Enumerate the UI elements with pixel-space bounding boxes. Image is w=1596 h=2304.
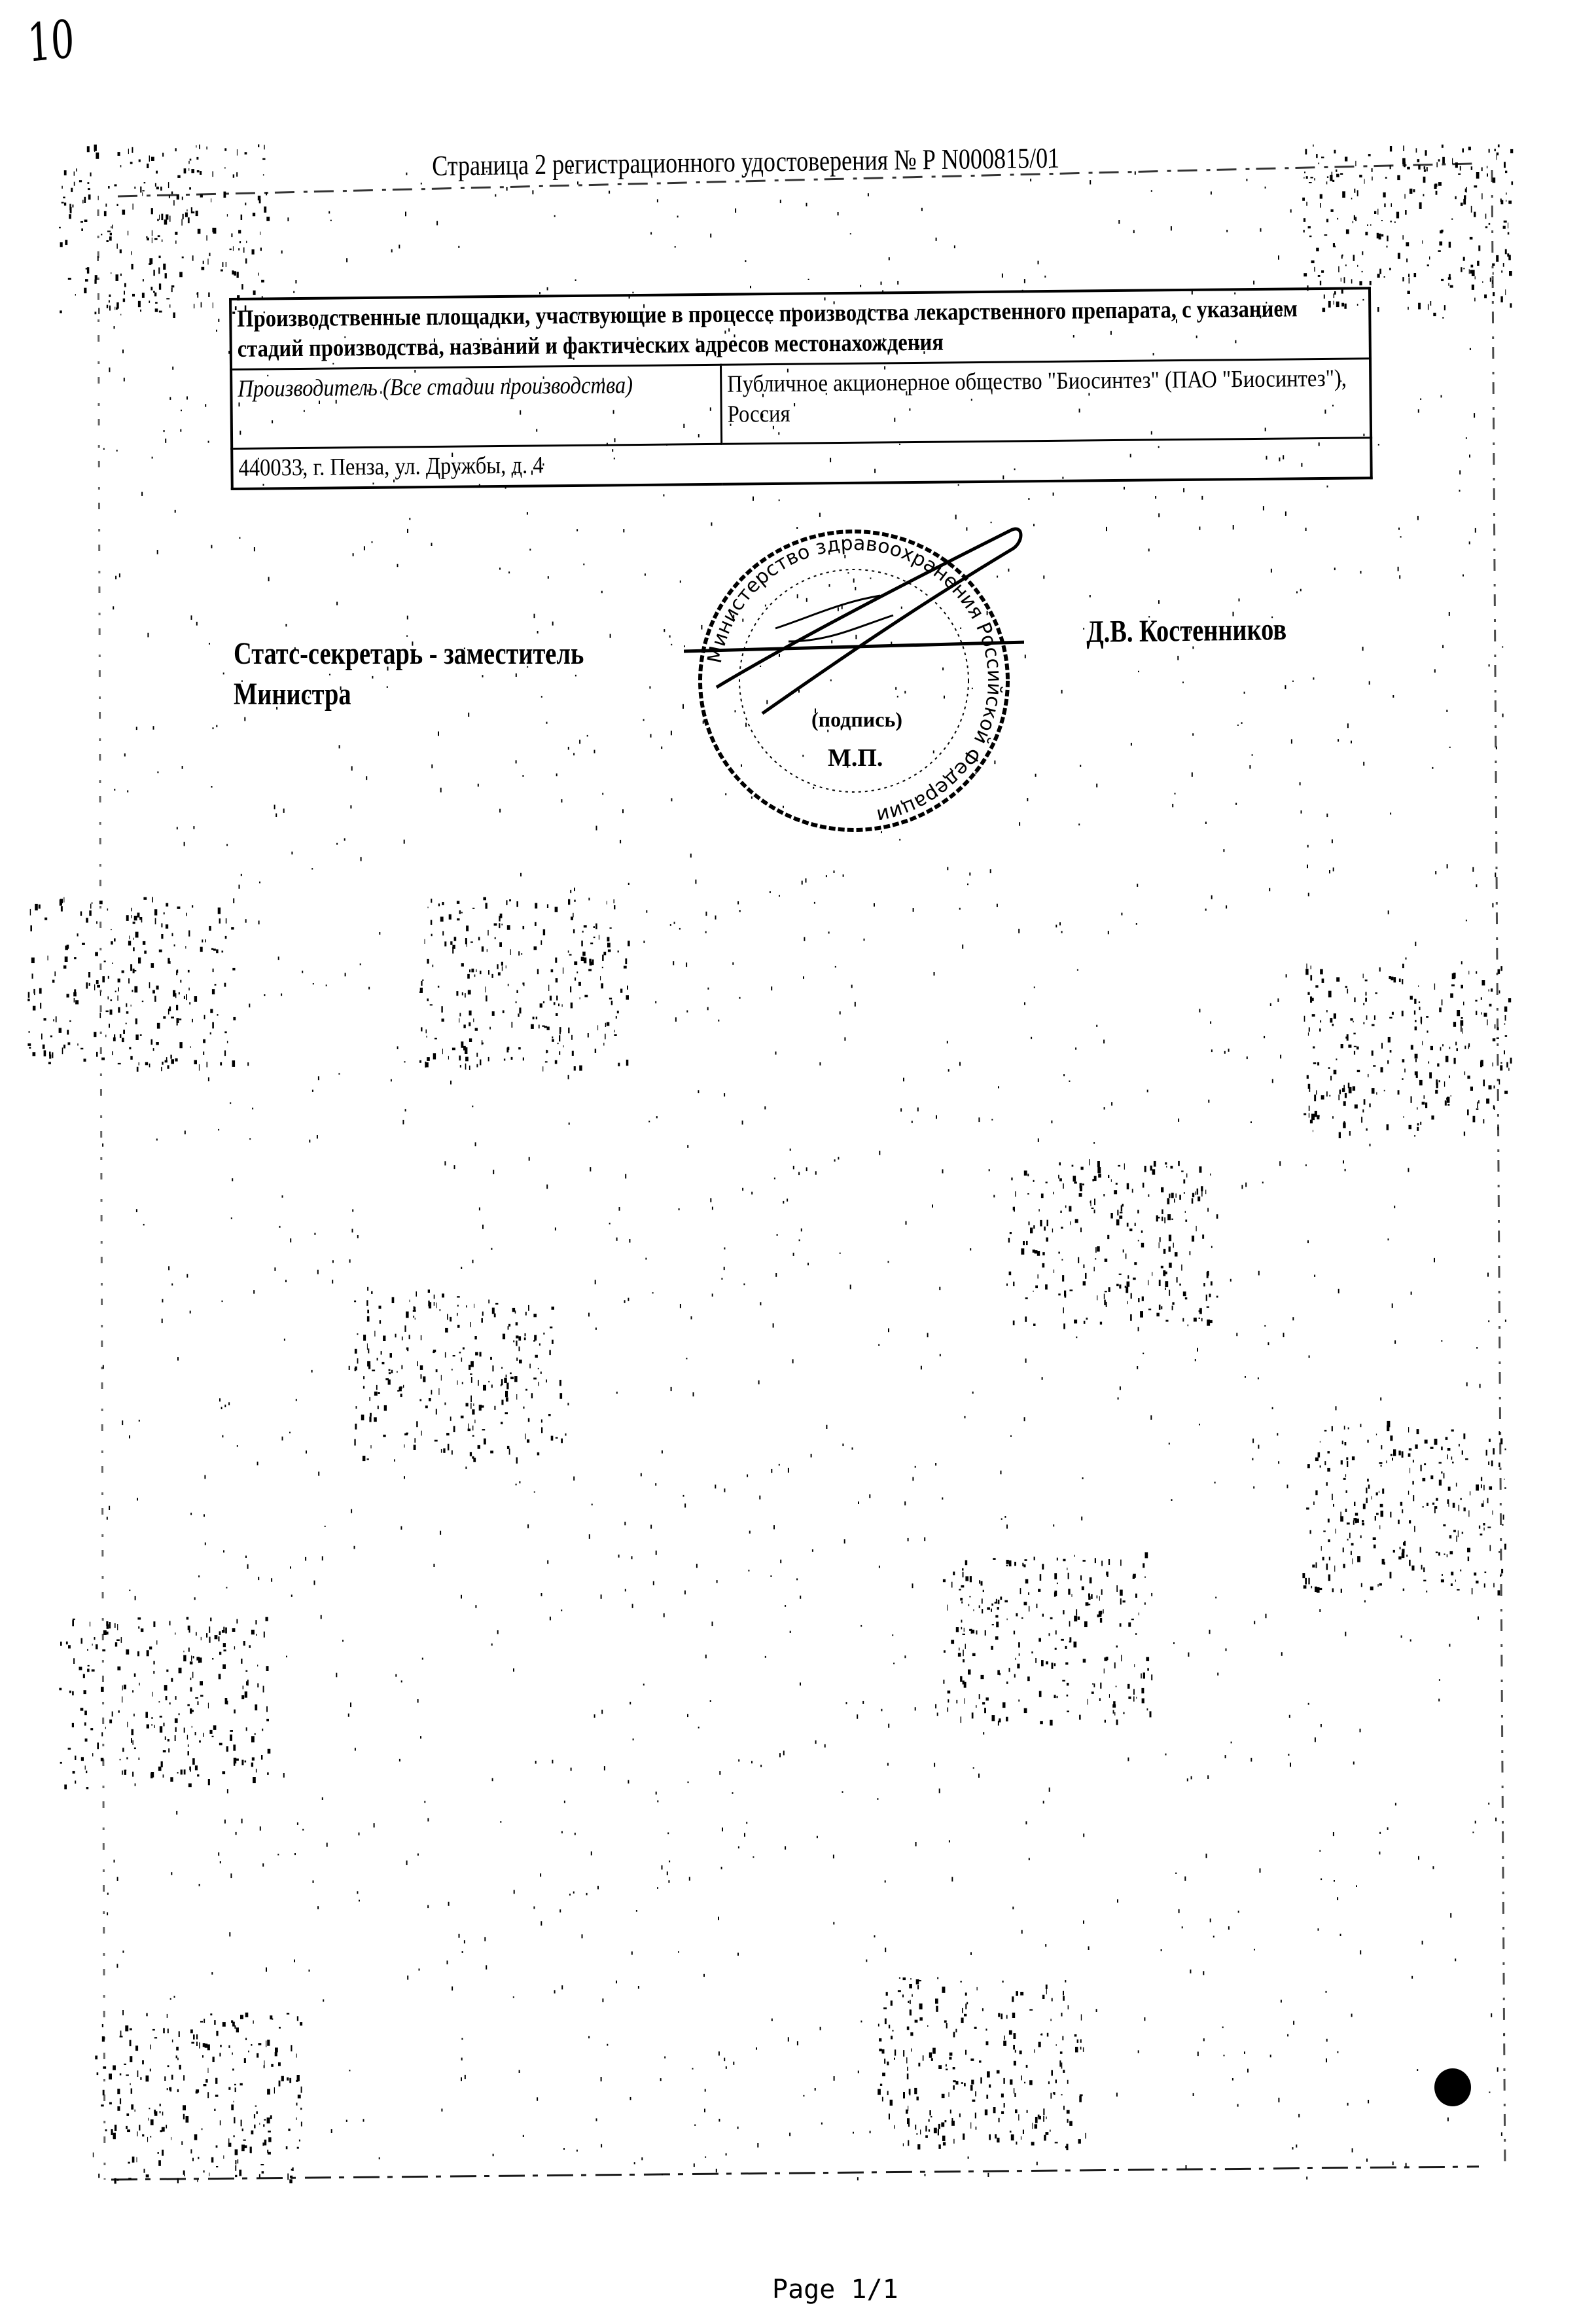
stamp-ring-text: Министерство здравоохранения Российской … bbox=[703, 532, 1006, 827]
scan-hole-mark bbox=[1434, 2068, 1471, 2106]
handwritten-page-number: 10 bbox=[26, 9, 76, 74]
page-header: Страница 2 регистрационного удостоверени… bbox=[432, 141, 1059, 183]
production-sites-table: Производственные площадки, участвующие в… bbox=[229, 287, 1373, 490]
manufacturer-name: Публичное акционерное общество "Биосинте… bbox=[721, 359, 1371, 444]
seal-caption: М.П. bbox=[828, 744, 883, 772]
page-footer: Page 1/1 bbox=[772, 2275, 898, 2304]
signatory-title: Статс-секретарь - заместитель Министра bbox=[234, 634, 584, 715]
table-row: Производитель (Все стадии производства) … bbox=[231, 359, 1371, 449]
signature-caption: (подпись) bbox=[811, 708, 902, 731]
official-stamp: Министерство здравоохранения Российской … bbox=[684, 517, 1024, 844]
table-header: Производственные площадки, участвующие в… bbox=[230, 288, 1370, 369]
signatory-name: Д.В. Костенников bbox=[1086, 611, 1286, 650]
production-stage: Производитель (Все стадии производства) bbox=[231, 365, 722, 448]
